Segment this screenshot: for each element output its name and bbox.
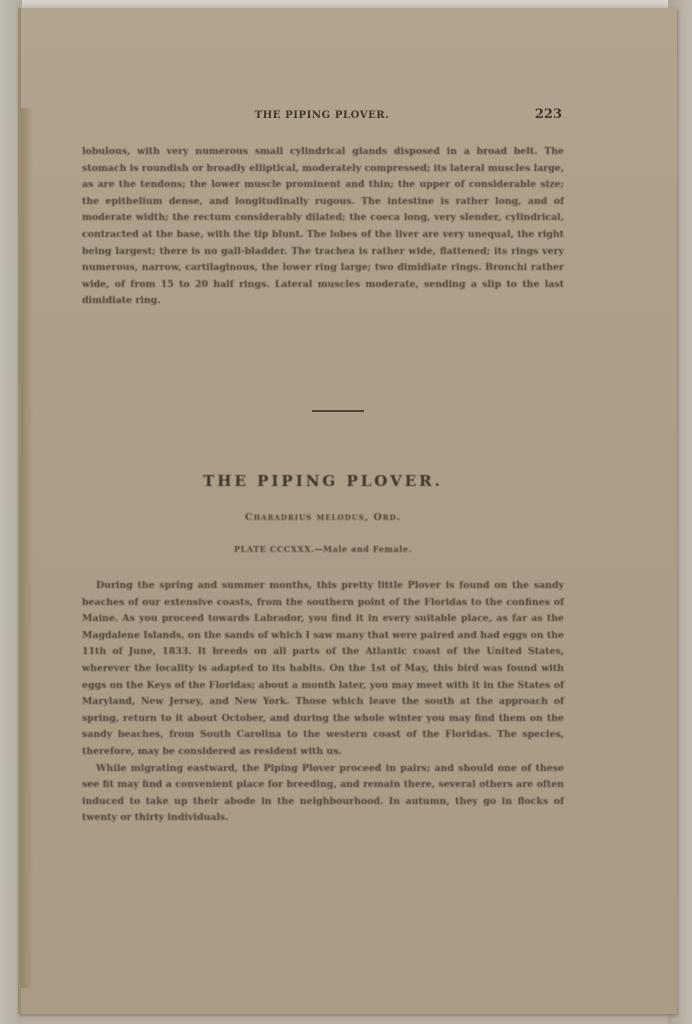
plate-caption: PLATE CCCXXX.—Male and Female. bbox=[82, 544, 564, 554]
chapter-title: THE PIPING PLOVER. bbox=[82, 472, 564, 490]
paragraph: While migrating eastward, the Piping Plo… bbox=[82, 761, 564, 827]
running-head: THE PIPING PLOVER. 223 bbox=[82, 110, 562, 130]
paragraph: lobulous, with very numerous small cylin… bbox=[82, 144, 564, 310]
body-text: During the spring and summer months, thi… bbox=[82, 578, 564, 827]
paragraph: During the spring and summer months, thi… bbox=[82, 578, 564, 761]
section-divider bbox=[312, 410, 364, 412]
top-section-text: lobulous, with very numerous small cylin… bbox=[82, 144, 564, 310]
page-edge-stain bbox=[21, 108, 33, 988]
species-binomial: Charadrius melodus, Ord. bbox=[82, 512, 564, 523]
page-number: 223 bbox=[535, 107, 562, 122]
running-head-title: THE PIPING PLOVER. bbox=[82, 110, 562, 121]
